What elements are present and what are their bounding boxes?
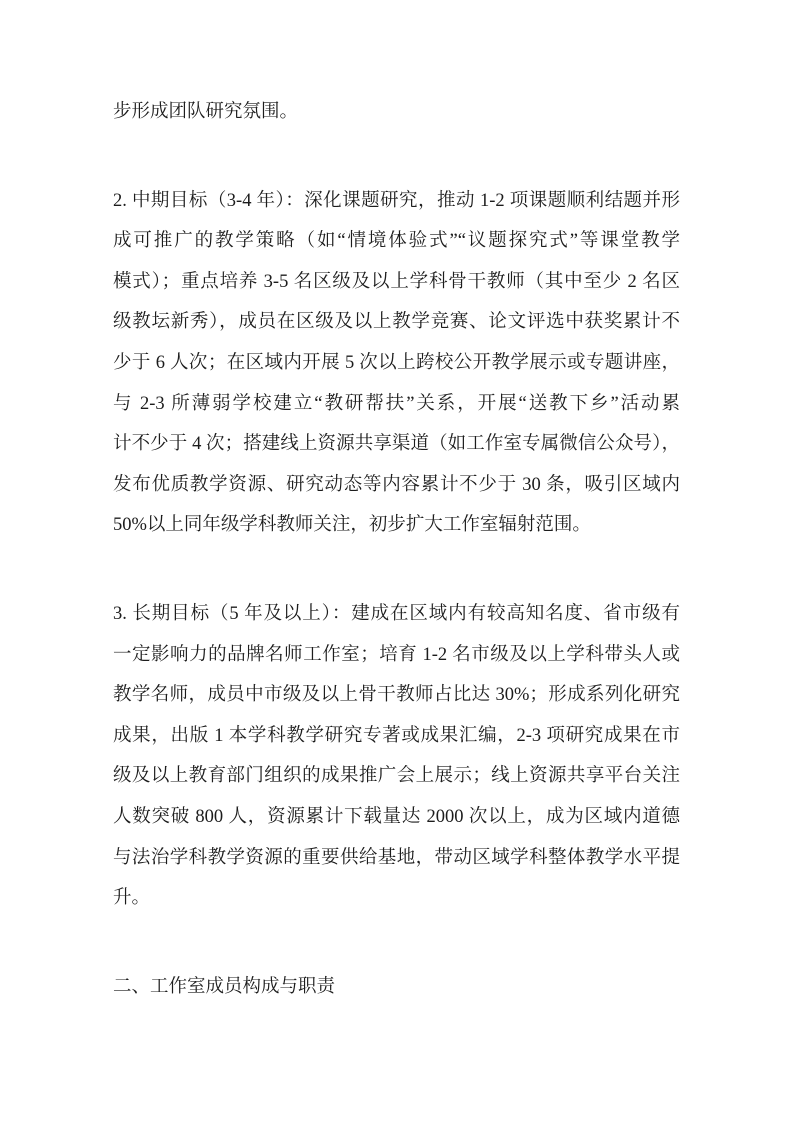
text-line: 成可推广的教学策略（如“情境体验式”“议题探究式”等课堂教学 [113,221,680,262]
text-line: 与 2-3 所薄弱学校建立“教研帮扶”关系，开展“送教下乡”活动累 [113,384,680,425]
text-line: 教学名师，成员中市级及以上骨干教师占比达 30%；形成系列化研究 [113,675,680,716]
text-line: 少于 6 人次；在区域内开展 5 次以上跨校公开教学展示或专题讲座， [113,343,680,384]
document-body: 步形成团队研究氛围。2. 中期目标（3-4 年）：深化课题研究，推动 1-2 项… [113,92,680,1007]
text-line: 升。 [113,878,680,919]
text-line: 级教坛新秀），成员在区级及以上教学竞赛、论文评选中获奖累计不 [113,302,680,343]
text-line: 人数突破 800 人，资源累计下载量达 2000 次以上，成为区域内道德 [113,797,680,838]
text-line: 级及以上教育部门组织的成果推广会上展示；线上资源共享平台关注 [113,756,680,797]
heading-line: 二、工作室成员构成与职责 [113,967,680,1008]
text-line: 计不少于 4 次；搭建线上资源共享渠道（如工作室专属微信公众号）， [113,424,680,465]
text-line: 50%以上同年级学科教师关注，初步扩大工作室辐射范围。 [113,505,680,546]
text-line: 步形成团队研究氛围。 [113,92,680,133]
text-line: 一定影响力的品牌名师工作室；培育 1-2 名市级及以上学科带头人或 [113,635,680,676]
text-line: 与法治学科教学资源的重要供给基地，带动区域学科整体教学水平提 [113,838,680,879]
document-page: 步形成团队研究氛围。2. 中期目标（3-4 年）：深化课题研究，推动 1-2 项… [0,0,793,1122]
para-midterm-goal: 2. 中期目标（3-4 年）：深化课题研究，推动 1-2 项课题顺利结题并形成可… [113,181,680,546]
text-line: 发布优质教学资源、研究动态等内容累计不少于 30 条，吸引区域内 [113,465,680,506]
text-line: 成果，出版 1 本学科教学研究专著或成果汇编，2-3 项研究成果在市 [113,716,680,757]
text-line: 模式）；重点培养 3-5 名区级及以上学科骨干教师（其中至少 2 名区 [113,262,680,303]
heading-section-2-members: 二、工作室成员构成与职责 [113,967,680,1008]
text-line: 2. 中期目标（3-4 年）：深化课题研究，推动 1-2 项课题顺利结题并形 [113,181,680,222]
para-longterm-goal: 3. 长期目标（5 年及以上）：建成在区域内有较高知名度、省市级有一定影响力的品… [113,594,680,919]
text-line: 3. 长期目标（5 年及以上）：建成在区域内有较高知名度、省市级有 [113,594,680,635]
para-shortterm-goal-tail: 步形成团队研究氛围。 [113,92,680,133]
